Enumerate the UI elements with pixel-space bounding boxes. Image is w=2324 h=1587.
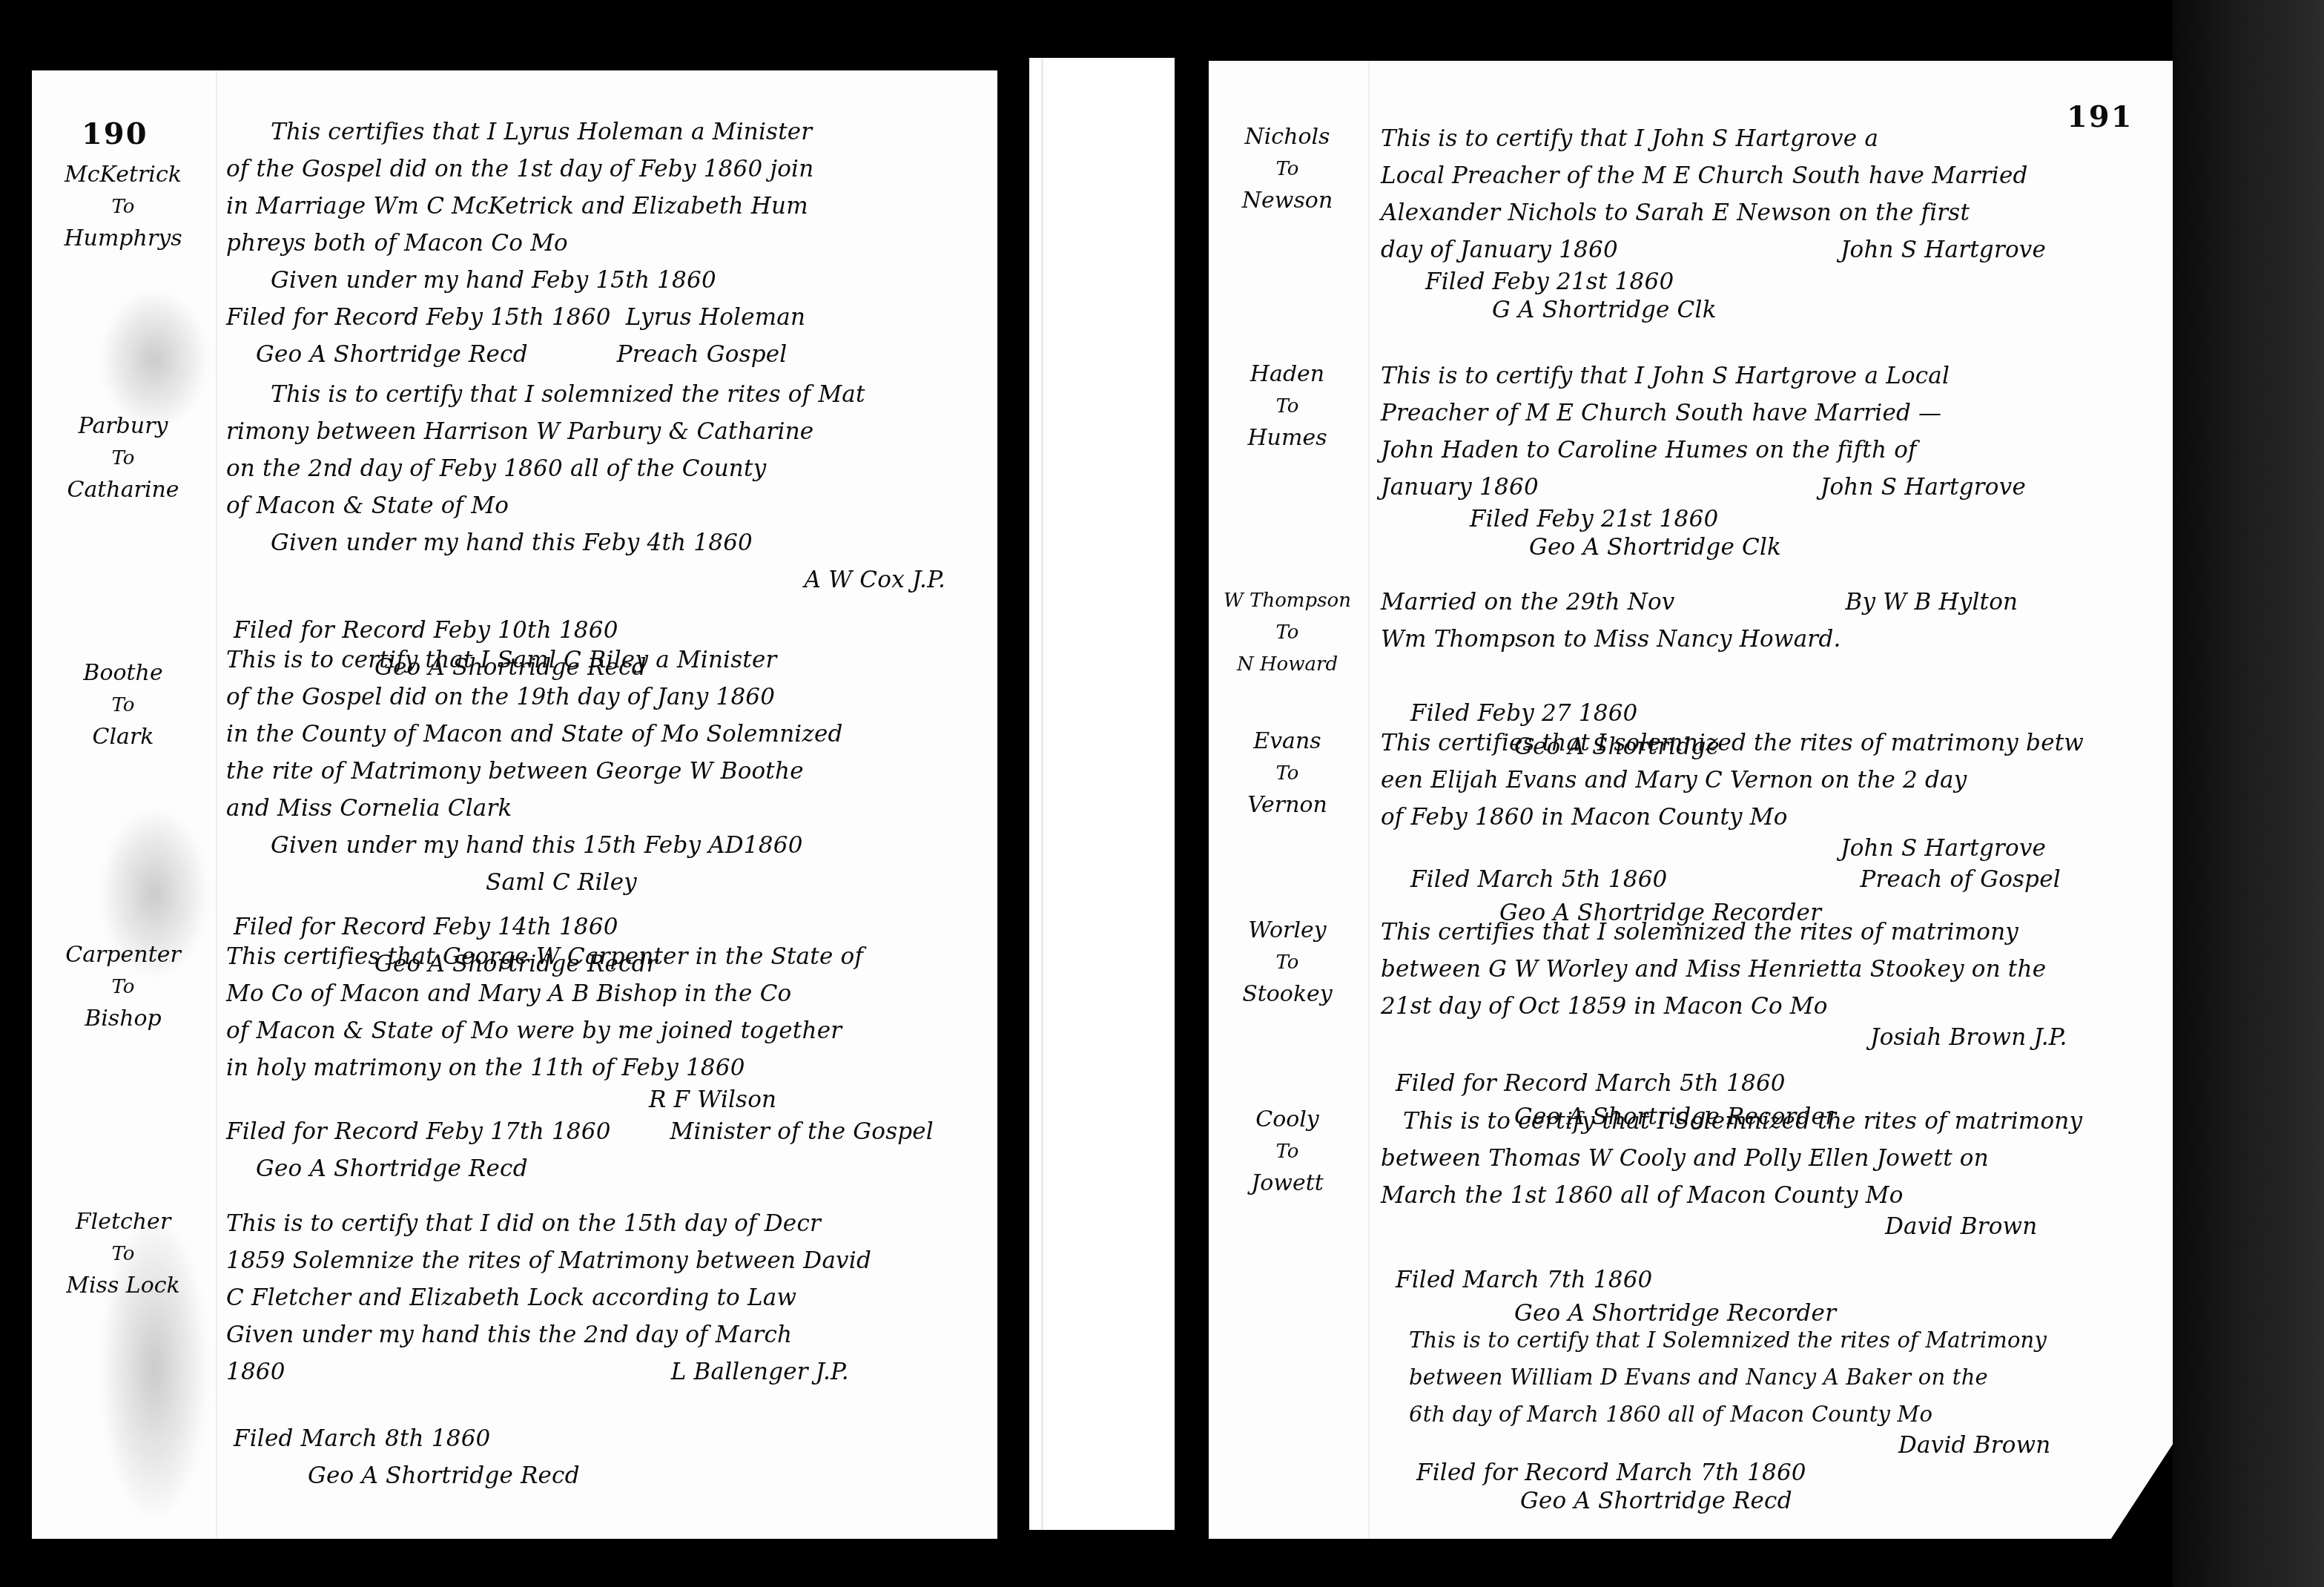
entry-line: This is to certify that I John S Hartgro… [1381,357,2143,395]
groom-surname: Haden [1213,357,1361,392]
filed-note: Filed for Record Feby 15th 1860 [226,304,611,331]
entry-line: Alexander Nichols to Sarah E Newson on t… [1381,194,2143,231]
groom-surname: McKetrick [45,158,201,192]
entry-body: This certifies that I Lyrus Holeman a Mi… [226,113,975,373]
groom-surname: Evans [1213,725,1361,759]
entry-body: This certifies that I solemnized the rit… [1381,725,2143,928]
recorder-signature: Geo A Shortridge Recd [226,341,528,368]
entry-line: John Haden to Caroline Humes on the fift… [1381,432,2143,469]
entry-line: March the 1st 1860 all of Macon County M… [1381,1177,2143,1214]
entry-line: January 1860 [1381,474,1539,501]
groom-surname: Parbury [45,409,201,443]
to-label: To [1213,948,1361,977]
groom-surname: Carpenter [45,938,201,972]
to-label: To [1213,1137,1361,1167]
filed-note: Filed for Record March 7th 1860 [1409,1458,2143,1488]
entry-body: This is to certify that I did on the 15t… [226,1205,975,1494]
bride-surname: Catharine [45,473,201,507]
to-label: To [1213,154,1361,184]
margin-rule [216,70,217,1539]
bride-surname: Newson [1213,184,1361,218]
recorder-signature: Geo A Shortridge Recd [1409,1488,2143,1514]
ledger-page-right: 191 Nichols To Newson This is to certify… [1209,61,2173,1539]
entry-line: of Macon & State of Mo [226,487,975,524]
groom-surname: Nichols [1213,120,1361,154]
entry-line: This is to certify that I John S Hartgro… [1381,120,2143,157]
officiant-signature: David Brown [1409,1433,2143,1458]
filed-note: Filed Feby 21st 1860 [1381,268,2143,295]
groom-surname: Fletcher [45,1205,201,1239]
to-label: To [1213,392,1361,421]
entry-line: This certifies that George W Carpenter i… [226,938,975,975]
margin-names: Cooly To Jowett [1213,1103,1361,1201]
bride-surname: Bishop [45,1002,201,1036]
entry-line: 1859 Solemnize the rites of Matrimony be… [226,1242,975,1279]
officiant-signature: A W Cox J.P. [226,561,975,598]
entry-line: of Feby 1860 in Macon County Mo [1381,799,2143,836]
entry-line: 6th day of March 1860 all of Macon Count… [1409,1396,2143,1433]
entry-line: of Macon & State of Mo were by me joined… [226,1012,975,1049]
entry-line: This is to certify that I Solemnized the… [1381,1103,2143,1140]
entry-line: This certifies that I solemnized the rit… [1381,914,2143,951]
entry-line: of the Gospel did on the 1st day of Feby… [226,151,975,188]
entry-line: 21st day of Oct 1859 in Macon Co Mo [1381,988,2143,1025]
given-under-hand: Given under my hand Feby 15th 1860 [226,262,975,299]
officiant-signature: R F Wilson [226,1086,975,1113]
entry-line: This is to certify that I did on the 15t… [226,1205,975,1242]
to-label: To [45,192,201,222]
entry-body: This is to certify that I solemnized the… [226,376,975,686]
officiant-signature: L Ballenger J.P. [285,1359,849,1385]
entry-line: between G W Worley and Miss Henrietta St… [1381,951,2143,988]
margin-names: Carpenter To Bishop [45,938,201,1036]
entry-line: C Fletcher and Elizabeth Lock according … [226,1279,975,1316]
margin-names: Worley To Stookey [1213,914,1361,1012]
entry-line: of the Gospel did on the 19th day of Jan… [226,679,975,716]
bride-surname: Stookey [1213,977,1361,1012]
bride-surname: Miss Lock [45,1269,201,1303]
entry-line: This certifies that I solemnized the rit… [1381,725,2143,762]
margin-names: McKetrick To Humphrys [45,158,201,256]
entry-line: phreys both of Macon Co Mo [226,225,975,262]
recorder-signature: Geo A Shortridge Clk [1381,532,2143,562]
filed-note: Filed March 8th 1860 [226,1420,975,1457]
bride-surname: Humes [1213,421,1361,455]
margin-names: W Thompson To N Howard [1213,584,1361,682]
page-number: 190 [82,116,148,151]
ledger-page-left: 190 McKetrick To Humphrys This certifies… [32,70,997,1539]
margin-rule [1368,61,1370,1539]
groom-surname: Worley [1213,914,1361,948]
entry-line: on the 2nd day of Feby 1860 all of the C… [226,450,975,487]
margin-names: Fletcher To Miss Lock [45,1205,201,1303]
officiant-title: Preach of Gospel [1668,866,2061,893]
recorder-signature: G A Shortridge Clk [1381,295,2143,325]
entry-body: This is to certify that I Saml C Riley a… [226,641,975,983]
officiant-signature: John S Hartgrove [1618,237,2046,263]
entry-line: een Elijah Evans and Mary C Vernon on th… [1381,762,2143,799]
filed-note: Filed for Record March 5th 1860 [1381,1065,2143,1102]
entry-line: This is to certify that I Saml C Riley a… [226,641,975,679]
entry-line: day of January 1860 [1381,237,1618,263]
entry-line: This is to certify that I solemnized the… [226,376,975,413]
groom-surname: W Thompson [1213,584,1361,618]
groom-surname: Cooly [1213,1103,1361,1137]
entry-line: in the County of Macon and State of Mo S… [226,716,975,753]
officiant-signature: Lyrus Holeman [626,304,806,331]
given-under-hand: Given under my hand this Feby 4th 1860 [226,524,975,561]
entry-line: in Marriage Wm C McKetrick and Elizabeth… [226,188,975,225]
groom-surname: Boothe [45,656,201,690]
entry-line: the rite of Matrimony between George W B… [226,753,975,790]
ink-smudge [102,293,206,426]
entry-body: This is to certify that I Solemnized the… [1381,1103,2143,1328]
to-label: To [45,690,201,720]
to-label: To [45,1239,201,1269]
officiant-title: Minister of the Gospel [611,1118,934,1145]
entry-line: between Thomas W Cooly and Polly Ellen J… [1381,1140,2143,1177]
entry-line: 1860 [226,1359,285,1385]
officiant-signature: Josiah Brown J.P. [1381,1025,2143,1050]
officiant-signature: By W B Hylton [1675,589,2018,616]
filed-note: Filed Feby 21st 1860 [1381,506,2143,532]
bride-surname: Clark [45,720,201,754]
officiant-signature: John S Hartgrove [1539,474,2026,501]
officiant-signature: John S Hartgrove [1381,836,2143,861]
recorder-signature: Geo A Shortridge Recd [226,1150,975,1187]
entry-body: This is to certify that I Solemnized the… [1409,1322,2143,1514]
entry-body: This is to certify that I John S Hartgro… [1381,357,2143,562]
to-label: To [45,443,201,473]
bride-surname: N Howard [1213,647,1361,682]
to-label: To [1213,618,1361,647]
book-gutter [1029,58,1175,1530]
filed-note: Filed March 7th 1860 [1381,1261,2143,1299]
scanner-background [2173,0,2324,1587]
entry-line: This is to certify that I Solemnized the… [1409,1322,2143,1359]
margin-names: Nichols To Newson [1213,120,1361,218]
entry-line: Married on the 29th Nov [1381,589,1675,616]
entry-line: in holy matrimony on the 11th of Feby 18… [226,1049,975,1086]
entry-line: This certifies that I Lyrus Holeman a Mi… [226,113,975,151]
entry-line: Local Preacher of the M E Church South h… [1381,157,2143,194]
entry-line: rimony between Harrison W Parbury & Cath… [226,413,975,450]
filed-note: Filed March 5th 1860 [1381,866,1668,893]
margin-names: Boothe To Clark [45,656,201,754]
entry-line: Mo Co of Macon and Mary A B Bishop in th… [226,975,975,1012]
margin-names: Parbury To Catharine [45,409,201,507]
entry-line: between William D Evans and Nancy A Bake… [1409,1359,2143,1396]
bride-surname: Humphrys [45,222,201,256]
officiant-signature: Saml C Riley [226,864,975,901]
filed-note: Filed for Record Feby 17th 1860 [226,1118,611,1145]
entry-line: Preacher of M E Church South have Marrie… [1381,395,2143,432]
entry-body: This is to certify that I John S Hartgro… [1381,120,2143,325]
given-under-hand: Given under my hand this 15th Feby AD186… [226,827,975,864]
recorder-signature: Geo A Shortridge Recd [226,1457,975,1494]
officiant-title: Preach Gospel [528,341,788,368]
to-label: To [45,972,201,1002]
margin-names: Haden To Humes [1213,357,1361,455]
officiant-signature: David Brown [1381,1214,2143,1239]
entry-line: Wm Thompson to Miss Nancy Howard. [1381,621,2143,658]
entry-body: This certifies that George W Carpenter i… [226,938,975,1187]
entry-body: This certifies that I solemnized the rit… [1381,914,2143,1132]
bride-surname: Jowett [1213,1167,1361,1201]
margin-names: Evans To Vernon [1213,725,1361,822]
entry-line: and Miss Cornelia Clark [226,790,975,827]
to-label: To [1213,759,1361,788]
entry-line: Given under my hand this the 2nd day of … [226,1316,975,1353]
bride-surname: Vernon [1213,788,1361,822]
